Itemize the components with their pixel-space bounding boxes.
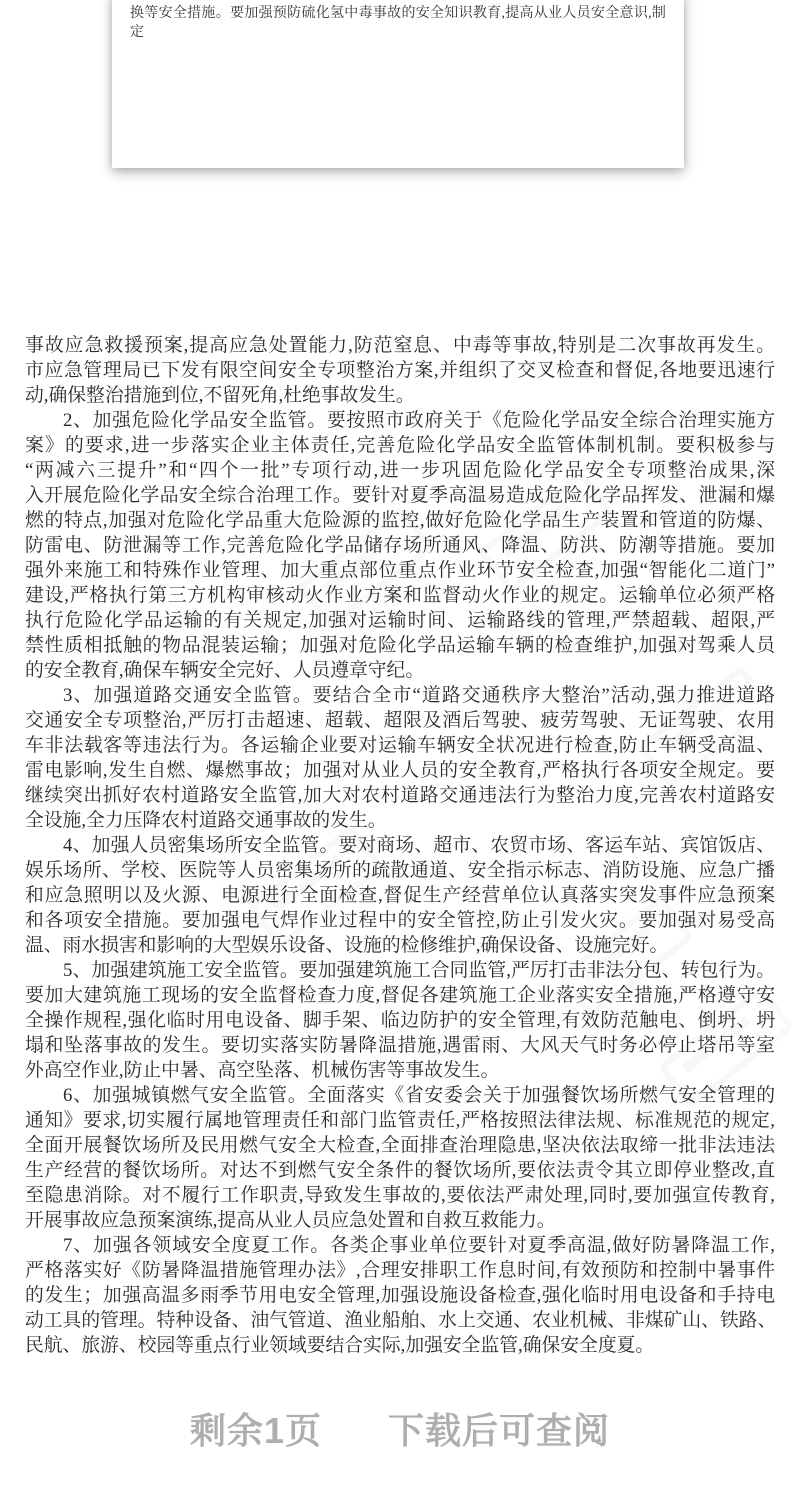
doc-line: 全面开展餐饮场所及民用燃气安全大检查,全面排查治理隐患,坚决依法取缔一批非法违法 [25,1133,775,1158]
doc-line: 全操作规程,强化临时用电设备、脚手架、临边防护的安全管理,有效防范触电、倒坍、坍 [25,1008,775,1033]
doc-line: 生产经营的餐饮场所。对达不到燃气安全条件的餐饮场所,要依法责令其立即停业整改,直 [25,1158,775,1183]
doc-line: 民航、旅游、校园等重点行业领域要结合实际,加强安全监管,确保安全度夏。 [25,1333,775,1358]
doc-line: 防雷电、防泄漏等工作,完善危险化学品储存场所通风、降温、防洪、防潮等措施。要加 [25,533,775,558]
pager-note: 剩余1页 下载后可查阅 [0,1403,800,1454]
doc-line: 外高空作业,防止中暑、高空坠落、机械伤害等事故发生。 [25,1058,775,1083]
doc-line: 事故应急救援预案,提高应急处置能力,防范窒息、中毒等事故,特别是二次事故再发生。 [25,333,775,358]
doc-line: 5、加强建筑施工安全监管。要加强建筑施工合同监管,严厉打击非法分包、转包行为。 [25,958,775,983]
doc-line: 燃的特点,加强对危险化学品重大危险源的监控,做好危险化学品生产装置和管道的防爆、 [25,508,775,533]
previous-page-text: 换等安全措施。要加强预防硫化氢中毒事故的安全知识教育,提高从业人员安全意识,制定 [130,4,666,42]
doc-line: 动工具的管理。特种设备、油气管道、渔业船舶、水上交通、农业机械、非煤矿山、铁路、 [25,1308,775,1333]
doc-line: 执行危险化学品运输的有关规定,加强对运输时间、运输路线的管理,严禁超载、超限,严 [25,608,775,633]
doc-line: 7、加强各领域安全度夏工作。各类企事业单位要针对夏季高温,做好防暑降温工作, [25,1233,775,1258]
doc-line: 和各项安全措施。要加强电气焊作业过程中的安全管控,防止引发火灾。要加强对易受高 [25,908,775,933]
doc-line: 交通安全专项整治,严厉打击超速、超载、超限及酒后驾驶、疲劳驾驶、无证驾驶、农用 [25,708,775,733]
doc-line: 温、雨水损害和影响的大型娱乐设备、设施的检修维护,确保设备、设施完好。 [25,933,775,958]
previous-page-preview-card: 换等安全措施。要加强预防硫化氢中毒事故的安全知识教育,提高从业人员安全意识,制定 [112,0,684,168]
doc-line: 动,确保整治措施到位,不留死角,杜绝事故发生。 [25,383,775,408]
doc-line: 市应急管理局已下发有限空间安全专项整治方案,并组织了交叉检查和督促,各地要迅速行 [25,358,775,383]
doc-line: 车非法载客等违法行为。各运输企业要对运输车辆安全状况进行检查,防止车辆受高温、 [25,733,775,758]
doc-line: 入开展危险化学品安全综合治理工作。要针对夏季高温易造成危险化学品挥发、泄漏和爆 [25,483,775,508]
doc-line: 禁性质相抵触的物品混装运输；加强对危险化学品运输车辆的检查维护,加强对驾乘人员 [25,633,775,658]
doc-line: 的发生；加强高温多雨季节用电安全管理,加强设施设备检查,强化临时用电设备和手持电 [25,1283,775,1308]
doc-line: “两减六三提升”和“四个一批”专项行动,进一步巩固危险化学品安全专项整治成果,深 [25,458,775,483]
doc-line: 全设施,全力压降农村道路交通事故的发生。 [25,808,775,833]
doc-line: 2、加强危险化学品安全监管。要按照市政府关于《危险化学品安全综合治理实施方 [25,408,775,433]
doc-line: 案》的要求,进一步落实企业主体责任,完善危险化学品安全监管体制机制。要积极参与 [25,433,775,458]
doc-line: 要加大建筑施工现场的安全监督检查力度,督促各建筑施工企业落实安全措施,严格遵守安 [25,983,775,1008]
footer-remaining-pages: 剩余1页 [190,1403,322,1454]
doc-line: 雷电影响,发生自燃、爆燃事故；加强对从业人员的安全教育,严格执行各项安全规定。要 [25,758,775,783]
doc-line: 6、加强城镇燃气安全监管。全面落实《省安委会关于加强餐饮场所燃气安全管理的 [25,1083,775,1108]
doc-line: 3、加强道路交通安全监管。要结合全市“道路交通秩序大整治”活动,强力推进道路 [25,683,775,708]
doc-line: 娱乐场所、学校、医院等人员密集场所的疏散通道、安全指示标志、消防设施、应急广播 [25,858,775,883]
doc-line: 的安全教育,确保车辆安全完好、人员遵章守纪。 [25,658,775,683]
doc-line: 严格落实好《防暑降温措施管理办法》,合理安排职工作息时间,有效预防和控制中暑事件 [25,1258,775,1283]
doc-line: 塌和坠落事故的发生。要切实落实防暑降温措施,遇雷雨、大风天气时务必停止塔吊等室 [25,1033,775,1058]
doc-line: 强外来施工和特殊作业管理、加大重点部位重点作业环节安全检查,加强“智能化二道门” [25,558,775,583]
doc-line: 通知》要求,切实履行属地管理责任和部门监管责任,严格按照法律法规、标准规范的规定… [25,1108,775,1133]
doc-line: 4、加强人员密集场所安全监管。要对商场、超市、农贸市场、客运车站、宾馆饭店、 [25,833,775,858]
doc-line: 和应急照明以及火源、电源进行全面检查,督促生产经营单位认真落实突发事件应急预案 [25,883,775,908]
doc-line: 继续突出抓好农村道路安全监管,加大对农村道路交通违法行为整治力度,完善农村道路安 [25,783,775,808]
doc-line: 至隐患消除。对不履行工作职责,导致发生事故的,要依法严肃处理,同时,要加强宣传教… [25,1183,775,1208]
doc-line: 建设,严格执行第三方机构审核动火作业方案和监督动火作业的规定。运输单位必须严格 [25,583,775,608]
doc-line: 开展事故应急预案演练,提高从业人员应急处置和自救互救能力。 [25,1208,775,1233]
footer-download-hint: 下载后可查阅 [388,1403,610,1454]
document-body: 事故应急救援预案,提高应急处置能力,防范窒息、中毒等事故,特别是二次事故再发生。… [25,333,775,1358]
